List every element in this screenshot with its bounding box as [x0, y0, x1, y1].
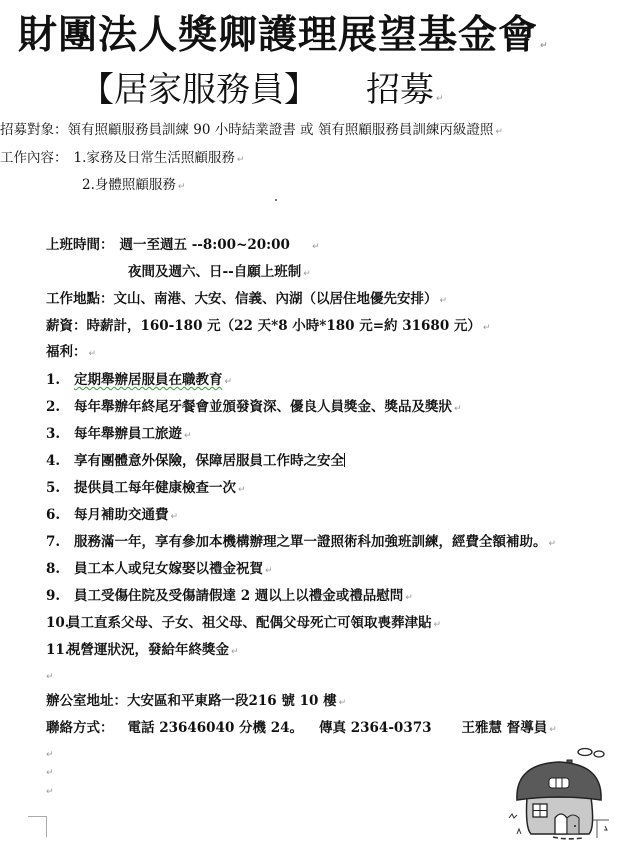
- job-content-label: 工作內容：: [0, 150, 68, 166]
- empty-paragraph: ↵: [46, 666, 54, 686]
- work-location-label: 工作地點：: [46, 291, 114, 307]
- recruit-target-line: 招募對象：領有照顧服務員訓練 90 小時結業證書 或 領有照顧服務員訓練丙級證照…: [0, 121, 503, 141]
- list-item: 11.視營運狀況，發給年終獎金↵: [46, 641, 239, 661]
- recruit-label: 招募: [366, 70, 434, 110]
- work-location-value: 文山、南港、大安、信義、內湖（以居住地優先安排）: [114, 291, 438, 307]
- list-item: 5.提供員工每年健康檢查一次↵: [46, 479, 246, 499]
- benefits-label: 福利：: [46, 344, 87, 360]
- work-hours-line-2: 夜間及週六、日--自願上班制↵: [128, 263, 311, 283]
- recruit-target-value: 領有照顧服務員訓練 90 小時結業證書 或 領有照顧服務員訓練丙級證照: [68, 122, 494, 138]
- empty-paragraph: ↵: [46, 781, 54, 801]
- text-cursor: [344, 453, 345, 467]
- work-hours-label: 上班時間：: [46, 237, 114, 253]
- job-content-line: 工作內容：1.家務及日常生活照顧服務↵: [0, 149, 244, 169]
- page-margin-corner-mark: [28, 816, 47, 837]
- contact-fax: 傳真 2364-0373: [319, 720, 431, 736]
- contact-label: 聯絡方式：: [46, 720, 114, 736]
- work-hours-night: 夜間及週六、日--自願上班制: [128, 264, 301, 280]
- organization-title: 財團法人獎卿護理展望基金會↵: [18, 4, 549, 60]
- list-item: 7.服務滿一年，享有參加本機構辦理之單一證照術科加強班訓練，經費全額補助。↵: [46, 533, 556, 553]
- office-address-value: 大安區和平東路一段216 號 10 樓: [127, 693, 337, 709]
- salary-value: 時薪計，160-180 元（22 天*8 小時*180 元=約 31680 元）: [87, 318, 481, 334]
- empty-paragraph: ↵: [46, 762, 54, 782]
- work-location-line: 工作地點：文山、南港、大安、信義、內湖（以居住地優先安排）↵: [46, 290, 447, 310]
- list-item: 4.享有團體意外保險，保障居服員工作時之安全: [46, 452, 345, 470]
- recruitment-heading: 【居家服務員】招募↵: [80, 62, 444, 111]
- benefits-label-line: 福利：↵: [46, 343, 96, 363]
- list-item: 2.每年舉辦年終尾牙餐會並頒發資深、優良人員獎金、獎品及獎狀↵: [46, 398, 462, 418]
- contact-line: 聯絡方式：電話 23646040 分機 24。傳真 2364-0373王雅慧 督…: [46, 719, 557, 739]
- list-item: 10.員工直系父母、子女、祖父母、配偶父母死亡可領取喪葬津貼↵: [46, 614, 441, 634]
- work-hours-weekday: 週一至週五 --8:00~20:00: [120, 237, 290, 253]
- recruit-target-label: 招募對象：: [0, 122, 68, 138]
- position-title: 【居家服務員】: [80, 70, 318, 110]
- work-hours-line: 上班時間：週一至週五 --8:00~20:00↵: [46, 236, 319, 256]
- document-page: 財團法人獎卿護理展望基金會↵ 【居家服務員】招募↵ 招募對象：領有照顧服務員訓練…: [0, 0, 620, 856]
- list-item: 6.每月補助交通費↵: [46, 506, 178, 526]
- job-content-item-1: 1.家務及日常生活照顧服務: [74, 150, 235, 166]
- list-item: 8.員工本人或兒女嫁娶以禮金祝賀↵: [46, 560, 273, 580]
- job-content-item-2-line: 2.身體照顧服務↵: [82, 176, 185, 196]
- office-address-line: 辦公室地址：大安區和平東路一段216 號 10 樓↵: [46, 692, 346, 712]
- office-address-label: 辦公室地址：: [46, 693, 127, 709]
- list-item: 9.員工受傷住院及受傷請假達 2 週以上以禮金或禮品慰問↵: [46, 587, 413, 607]
- contact-phone: 電話 23646040 分機 24。: [128, 720, 304, 736]
- house-clipart-icon: [505, 742, 615, 842]
- list-item: 1.定期舉辦居服員在職教育↵: [46, 371, 232, 391]
- list-item: 3.每年舉辦員工旅遊↵: [46, 425, 192, 445]
- empty-paragraph: ↵: [46, 744, 54, 764]
- stray-dot: [275, 199, 277, 201]
- salary-line: 薪資：時薪計，160-180 元（22 天*8 小時*180 元=約 31680…: [46, 317, 490, 337]
- salary-label: 薪資：: [46, 318, 87, 334]
- job-content-item-2: 2.身體照顧服務: [82, 177, 176, 193]
- contact-person: 王雅慧 督導員: [462, 720, 548, 736]
